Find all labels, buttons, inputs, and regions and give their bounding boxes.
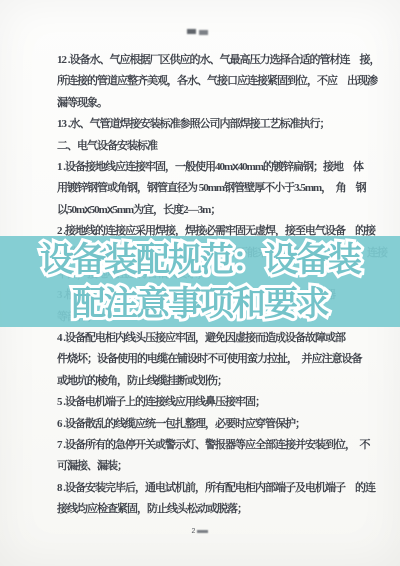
header-smudge [187, 29, 196, 34]
title-overlay-band: 设备装配规范：设备装 配注意事项和要求 [0, 236, 400, 327]
doc-text-line: 二、电气设备安装标准 [57, 136, 349, 157]
footer-smudge [197, 530, 208, 533]
doc-text-line: 件烧坏；设备使用的电缆在铺设时不可使用蛮力拉扯， 并应注意设备 [57, 349, 349, 370]
page-number: 2 [192, 528, 196, 535]
doc-text-line: 以50mⅹ50mⅹ5mm为宜，长度2—3m； [57, 200, 349, 221]
doc-text-line: 漏等现象。 [57, 93, 349, 114]
doc-text-line: 5 .设备电机端子上的连接线应用线鼻压接牢固； [57, 392, 349, 413]
doc-text-line: 6 .设备散乱的线缆应统一包扎整理，必要时应穿管保护； [57, 414, 349, 435]
doc-text-line: 用镀锌钢管或角钢，钢管直径为 50mm钢管壁厚不小于3.5mm， 角 钢 [57, 178, 349, 199]
overlay-title-line1: 设备装配规范：设备装 [40, 238, 360, 282]
doc-text-line: 或地坑的棱角，防止线缆挂断或划伤； [57, 371, 349, 392]
doc-text-line: 所连接的管道应整齐美观，各水、气接口应连接紧固到位，不应 出现渗 [57, 71, 349, 92]
doc-text-line: 12 .设备水、气应根据厂区供应的水、气最高压力选择合适的管材连 接， [57, 50, 349, 71]
doc-text-line: 8 .设备安装完毕后，通电试机前，所有配电柜内部端子及电机端子 的连 [57, 478, 349, 499]
overlay-title-line2: 配注意事项和要求 [72, 282, 328, 326]
document-page: 12 .设备水、气应根据厂区供应的水、气最高压力选择合适的管材连 接，所连接的管… [0, 0, 400, 566]
doc-text-line: 可漏接、漏装； [57, 456, 349, 477]
doc-text-line: 13 .水、气管道焊接安装标准参照公司内部焊接工艺标准执行； [57, 114, 349, 135]
doc-text-line: 4 .设备配电柜内线头压接应牢固，避免因虚接而造成设备故障或部 [57, 328, 349, 349]
overlay-title: 设备装配规范：设备装 配注意事项和要求 [0, 236, 400, 327]
doc-text-line: 接线均应检查紧固，防止线头松动或脱落； [57, 499, 349, 520]
doc-text-line: 7 .设备所有的急停开关或警示灯、警报器等应全部连接并安装到位， 不 [57, 435, 349, 456]
page-footer: 2 [0, 528, 400, 535]
doc-text-line: 1 .设备接地线应连接牢固，一般使用40mⅹ40mm的镀锌扁钢；接地 体 [57, 157, 349, 178]
